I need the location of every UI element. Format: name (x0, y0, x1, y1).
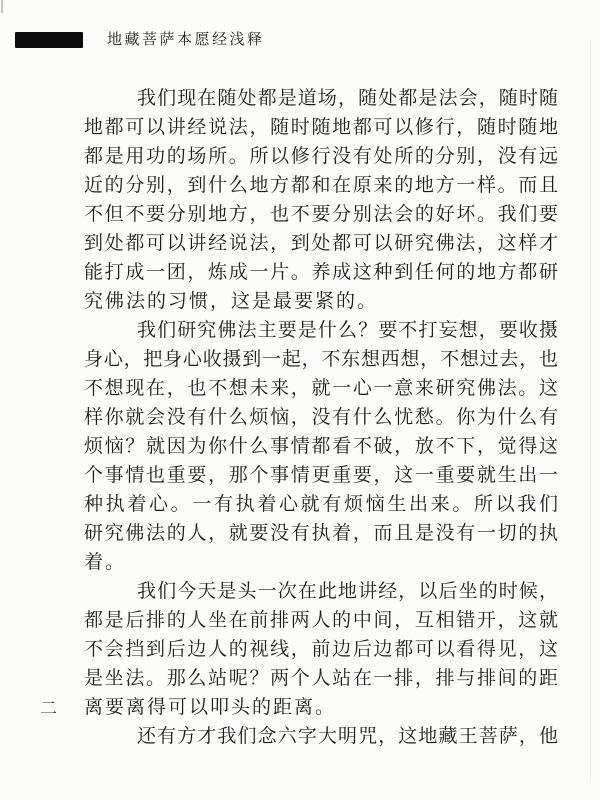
text-line: 我们现在随处都是道场，随处都是法会，随时随 (84, 84, 558, 113)
text-line: 研究佛法的人，就要没有执着，而且是没有一切的执 (84, 519, 558, 548)
text-line: 近的分别，到什么地方都和在原来的地方一样。而且 (84, 171, 558, 200)
text-line: 不会挡到后边人的视线，前边后边都可以看得见，这 (84, 635, 558, 664)
text-line: 种执着心。一有执着心就有烦恼生出来。所以我们 (84, 490, 558, 519)
text-line: 着。 (84, 548, 558, 577)
text-line: 不但不要分别地方，也不要分别法会的好坏。我们要 (84, 200, 558, 229)
black-redaction-bar (15, 32, 83, 48)
text-line: 都是后排的人坐在前排两人的中间，互相错开，这就 (84, 606, 558, 635)
text-line: 我们今天是头一次在此地讲经，以后坐的时候， (84, 577, 558, 606)
body-text: 我们现在随处都是道场，随处都是法会，随时随地都可以讲经说法，随时随地都可以修行，… (84, 84, 558, 751)
scan-corner-artifact (1, 0, 3, 13)
text-line: 个事情也重要，那个事情更重要，这一重要就生出一 (84, 461, 558, 490)
text-line: 我们研究佛法主要是什么？要不打妄想，要收摄 (84, 316, 558, 345)
margin-page-number: 二 (40, 694, 58, 719)
text-line: 究佛法的习惯，这是最要紧的。 (84, 287, 558, 316)
text-line: 离要离得可以叩头的距离。 (84, 693, 558, 722)
text-line: 能打成一团，炼成一片。养成这种到任何的地方都研 (84, 258, 558, 287)
text-line: 不想现在，也不想未来，就一心一意来研究佛法。这 (84, 374, 558, 403)
text-line: 身心，把身心收摄到一起，不东想西想，不想过去，也 (84, 345, 558, 374)
scan-edge-artifact (590, 40, 591, 780)
text-line: 烦恼？就因为你什么事情都看不破，放不下，觉得这 (84, 432, 558, 461)
text-line: 都是用功的场所。所以修行没有处所的分别，没有远 (84, 142, 558, 171)
book-page: 地藏菩萨本愿经浅释 我们现在随处都是道场，随处都是法会，随时随地都可以讲经说法，… (0, 0, 600, 800)
text-line: 到处都可以讲经说法，到处都可以研究佛法，这样才 (84, 229, 558, 258)
running-head-title: 地藏菩萨本愿经浅释 (107, 28, 265, 49)
text-line: 是坐法。那么站呢？两个人站在一排，排与排间的距 (84, 664, 558, 693)
text-line: 地都可以讲经说法，随时随地都可以修行，随时随地 (84, 113, 558, 142)
text-line: 还有方才我们念六字大明咒，这地藏王菩萨，他 (84, 722, 558, 751)
text-line: 样你就会没有什么烦恼，没有什么忧愁。你为什么有 (84, 403, 558, 432)
